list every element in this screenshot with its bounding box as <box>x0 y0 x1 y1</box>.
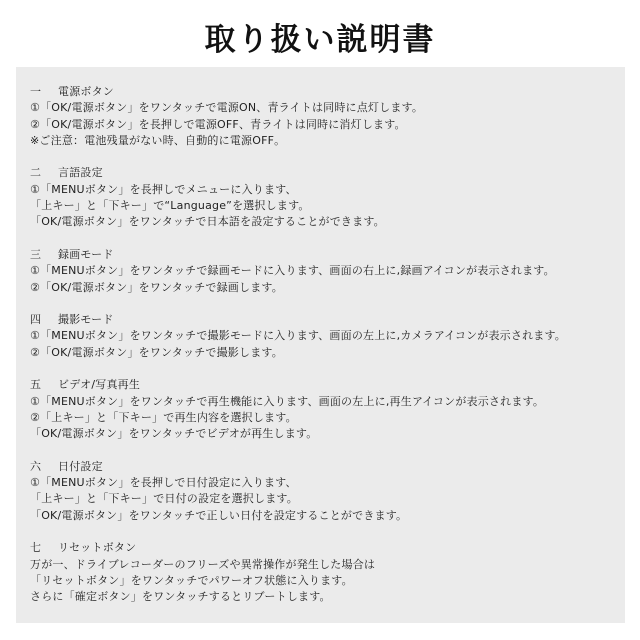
instruction-line: ①「MENUボタン」をワンタッチで録画モードに入ります、画面の右上に,録画アイコ… <box>30 263 625 279</box>
instruction-line: ①「MENUボタン」をワンタッチで撮影モードに入ります、画面の左上に,カメラアイ… <box>30 328 625 344</box>
section-number: 五 <box>30 377 58 393</box>
section-title: 言語設定 <box>58 165 103 181</box>
instruction-line: ②「OK/電源ボタン」をワンタッチで録画します。 <box>30 280 625 296</box>
instruction-line: 万が一、ドライブレコーダーのフリーズや異常操作が発生した場合は <box>30 557 625 573</box>
section-date-setting: 六 日付設定 ①「MENUボタン」を長押しで日付設定に入ります、 「上キー」と「… <box>30 459 625 524</box>
section-heading: 七 リセットボタン <box>30 540 625 556</box>
section-number: 三 <box>30 247 58 263</box>
section-playback: 五 ビデオ/写真再生 ①「MENUボタン」をワンタッチで再生機能に入ります、画面… <box>30 377 625 442</box>
section-heading: 四 撮影モード <box>30 312 625 328</box>
section-title: リセットボタン <box>58 540 136 556</box>
section-title: 電源ボタン <box>58 84 114 100</box>
section-number: 七 <box>30 540 58 556</box>
instruction-line: 「OK/電源ボタン」をワンタッチで正しい日付を設定することができます。 <box>30 508 625 524</box>
section-recording-mode: 三 録画モード ①「MENUボタン」をワンタッチで録画モードに入ります、画面の右… <box>30 247 625 296</box>
instruction-line: 「OK/電源ボタン」をワンタッチでビデオが再生します。 <box>30 426 625 442</box>
section-language-setting: 二 言語設定 ①「MENUボタン」を長押しでメニューに入ります、 「上キー」と「… <box>30 165 625 230</box>
section-heading: 三 録画モード <box>30 247 625 263</box>
instruction-line: さらに「確定ボタン」をワンタッチするとリブートします。 <box>30 589 625 605</box>
instruction-line: 「リセットボタン」をワンタッチでパワーオフ状態に入ります。 <box>30 573 625 589</box>
instruction-line: 「上キー」と「下キー」で“Language”を選択します。 <box>30 198 625 214</box>
section-number: 六 <box>30 459 58 475</box>
instruction-line: ①「MENUボタン」を長押しで日付設定に入ります、 <box>30 475 625 491</box>
section-title: 日付設定 <box>58 459 103 475</box>
instruction-line: ②「上キー」と「下キー」で再生内容を選択します。 <box>30 410 625 426</box>
section-heading: 二 言語設定 <box>30 165 625 181</box>
section-title: ビデオ/写真再生 <box>58 377 140 393</box>
section-photo-mode: 四 撮影モード ①「MENUボタン」をワンタッチで撮影モードに入ります、画面の左… <box>30 312 625 361</box>
section-heading: 一 電源ボタン <box>30 84 625 100</box>
instruction-line: ②「OK/電源ボタン」を長押しで電源OFF、青ライトは同時に消灯します。 <box>30 117 625 133</box>
instruction-line: ①「OK/電源ボタン」をワンタッチで電源ON、青ライトは同時に点灯します。 <box>30 100 625 116</box>
instruction-line: ①「MENUボタン」をワンタッチで再生機能に入ります、画面の左上に,再生アイコン… <box>30 394 625 410</box>
section-number: 二 <box>30 165 58 181</box>
section-heading: 五 ビデオ/写真再生 <box>30 377 625 393</box>
instruction-line: ②「OK/電源ボタン」をワンタッチで撮影します。 <box>30 345 625 361</box>
instruction-line: ①「MENUボタン」を長押しでメニューに入ります、 <box>30 182 625 198</box>
section-reset-button: 七 リセットボタン 万が一、ドライブレコーダーのフリーズや異常操作が発生した場合… <box>30 540 625 605</box>
instruction-line: 「OK/電源ボタン」をワンタッチで日本語を設定することができます。 <box>30 214 625 230</box>
page-title: 取り扱い説明書 <box>0 18 640 62</box>
section-title: 録画モード <box>58 247 114 263</box>
instruction-line: 「上キー」と「下キー」で日付の設定を選択します。 <box>30 491 625 507</box>
instructions-panel: 一 電源ボタン ①「OK/電源ボタン」をワンタッチで電源ON、青ライトは同時に点… <box>16 67 625 623</box>
section-power-button: 一 電源ボタン ①「OK/電源ボタン」をワンタッチで電源ON、青ライトは同時に点… <box>30 84 625 149</box>
section-number: 一 <box>30 84 58 100</box>
instruction-line: ※ご注意：電池残量がない時、自動的に電源OFF。 <box>30 133 625 149</box>
section-title: 撮影モード <box>58 312 114 328</box>
section-number: 四 <box>30 312 58 328</box>
section-heading: 六 日付設定 <box>30 459 625 475</box>
